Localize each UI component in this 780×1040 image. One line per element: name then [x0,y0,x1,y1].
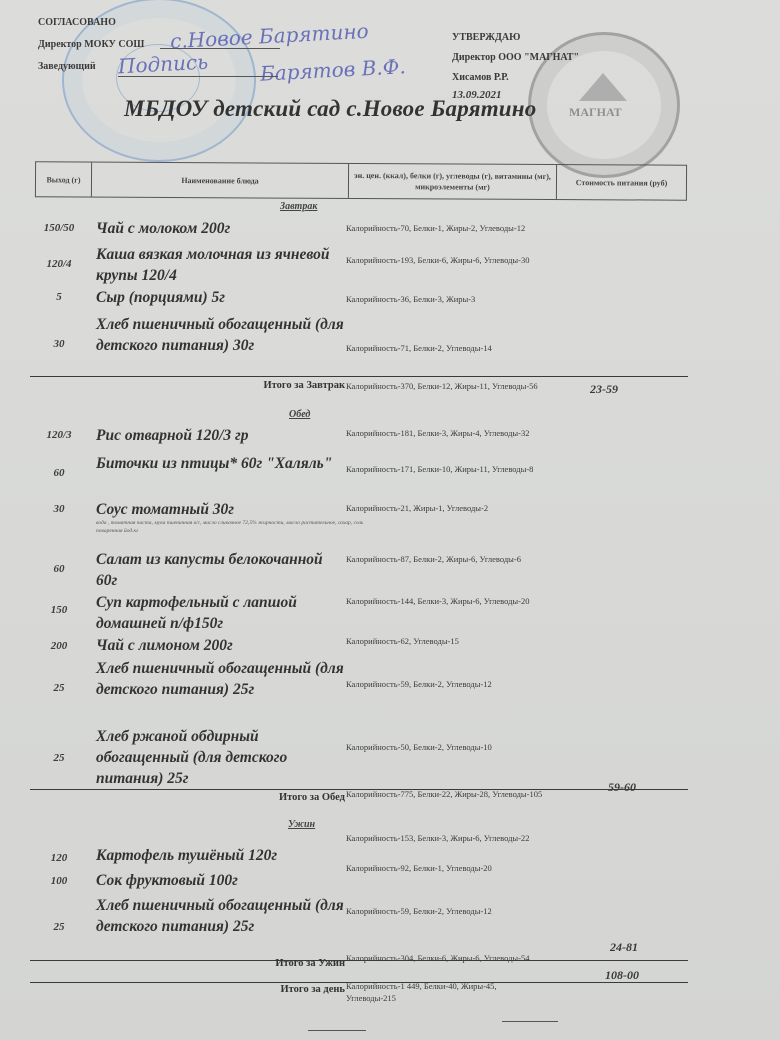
yield-value: 25 [30,682,88,694]
dish-name: Сок фруктовый 100г [96,870,346,891]
total-nutrition: Калорийность-1 449, Белки-40, Жиры-45, У… [346,980,546,1004]
yield-value: 200 [30,640,88,652]
yield-value: 30 [30,338,88,350]
nutrition-info: Калорийность-153, Белки-3, Жиры-6, Углев… [346,832,546,844]
nutrition-info: Калорийность-21, Жиры-1, Углеводы-2 [346,502,546,514]
mountain-logo-icon [579,73,627,101]
total-label: Итого за Ужин [275,958,345,969]
nutrition-info: Калорийность-70, Белки-1, Жиры-2, Углево… [346,222,546,234]
yield-value: 120 [30,852,88,864]
total-cost: 24-81 [610,940,638,955]
yield-value: 100 [30,875,88,887]
dish-name: Сыр (порциями) 5г [96,287,346,308]
handwritten-signature: Подпись [117,50,208,79]
yield-value: 5 [30,291,88,303]
signature-line [118,76,278,77]
divider [30,376,688,377]
section-title-dinner: Ужин [288,819,315,830]
total-cost: 23-59 [590,382,618,397]
yield-value: 60 [30,467,88,479]
nutrition-info: Калорийность-59, Белки-2, Углеводы-12 [346,678,546,690]
menu-document: МАГНАТ СОГЛАСОВАНО Директор МОКУ СОШ Зав… [0,0,780,1040]
dish-name: Чай с молоком 200г [96,218,346,239]
yield-value: 30 [30,503,88,515]
approved-role: Директор МОКУ СОШ [38,34,144,56]
stamp-brand-text: МАГНАТ [569,105,622,120]
yield-value: 120/4 [30,258,88,270]
yield-value: 150/50 [30,222,88,234]
nutrition-info: Калорийность-92, Белки-1, Углеводы-20 [346,862,546,874]
dish-name: Суп картофельный с лапшой домашней п/ф15… [96,592,346,634]
column-header-cost: Стоимость питания (руб) [557,165,686,200]
nutrition-info: Калорийность-59, Белки-2, Углеводы-12 [346,905,546,917]
dish-name: Каша вязкая молочная из ячневой крупы 12… [96,244,346,286]
confirm-role: Директор ООО "МАГНАТ" [452,48,579,68]
total-nutrition: Калорийность-775, Белки-22, Жиры-28, Угл… [346,788,546,800]
section-title-breakfast: Завтрак [280,201,317,212]
nutrition-info: Калорийность-50, Белки-2, Углеводы-10 [346,741,546,753]
nutrition-info: Калорийность-62, Углеводы-15 [346,635,546,647]
yield-value: 25 [30,752,88,764]
signature-line [160,48,280,49]
dish-name: Хлеб ржаной обдирный обогащенный (для де… [96,726,346,789]
table-header: Выход (г) Наименование блюда эн. цен. (к… [35,161,687,200]
nutrition-info: Калорийность-171, Белки-10, Жиры-11, Угл… [346,463,546,475]
dish-name: Рис отварной 120/3 гр [96,425,346,446]
dish-name: Картофель тушёный 120г [96,845,346,866]
handwritten-signature: Барятов В.Ф. [259,54,406,86]
nutrition-info: Калорийность-193, Белки-6, Жиры-6, Углев… [346,254,546,266]
page-title: МБДОУ детский сад с.Новое Барятино [124,96,536,122]
total-cost: 59-60 [608,780,636,795]
dish-name: Салат из капусты белокочанной 60г [96,549,346,591]
signature-line [502,1021,558,1022]
dish-name: Хлеб пшеничный обогащенный (для детского… [96,658,346,700]
yield-value: 60 [30,563,88,575]
column-header-dish: Наименование блюда [92,163,349,198]
column-header-yield: Выход (г) [36,162,92,196]
column-header-nutrition: эн. цен. (ккал), белки (г), углеводы (г)… [349,164,557,199]
yield-value: 25 [30,921,88,933]
total-label: Итого за Завтрак [263,380,345,391]
dish-name: Биточки из птицы* 60г "Халяль" [96,453,346,474]
signature-line [308,1030,366,1031]
dish-name: Соус томатный 30г [96,499,346,520]
approved-label: СОГЛАСОВАНО [38,12,144,34]
dish-name: Чай с лимоном 200г [96,635,346,656]
approval-block-right: УТВЕРЖДАЮ Директор ООО "МАГНАТ" Хисамов … [452,28,579,102]
nutrition-info: Калорийность-71, Белки-2, Углеводы-14 [346,342,546,354]
nutrition-info: Калорийность-87, Белки-2, Жиры-6, Углево… [346,553,546,565]
total-label: Итого за Обед [279,792,345,803]
total-nutrition: Калорийность-370, Белки-12, Жиры-11, Угл… [346,380,546,392]
dish-name: Хлеб пшеничный обогащенный (для детского… [96,895,346,937]
recipe-ingredients-note: вода , томатная паста, мука пшеничная в/… [96,519,366,535]
yield-value: 120/3 [30,429,88,441]
confirm-label: УТВЕРЖДАЮ [452,28,579,48]
yield-value: 150 [30,604,88,616]
section-title-lunch: Обед [289,409,310,420]
total-nutrition: Калорийность-304, Белки-6, Жиры-6, Углев… [346,952,546,964]
dish-name: Хлеб пшеничный обогащенный (для детского… [96,314,346,356]
nutrition-info: Калорийность-181, Белки-3, Жиры-4, Углев… [346,427,546,439]
total-cost: 108-00 [605,968,639,983]
confirm-name: Хисамов Р.Р. [452,68,579,88]
total-label: Итого за день [281,984,346,995]
nutrition-info: Калорийность-144, Белки-3, Жиры-6, Углев… [346,595,546,607]
nutrition-info: Калорийность-36, Белки-3, Жиры-3 [346,293,546,305]
